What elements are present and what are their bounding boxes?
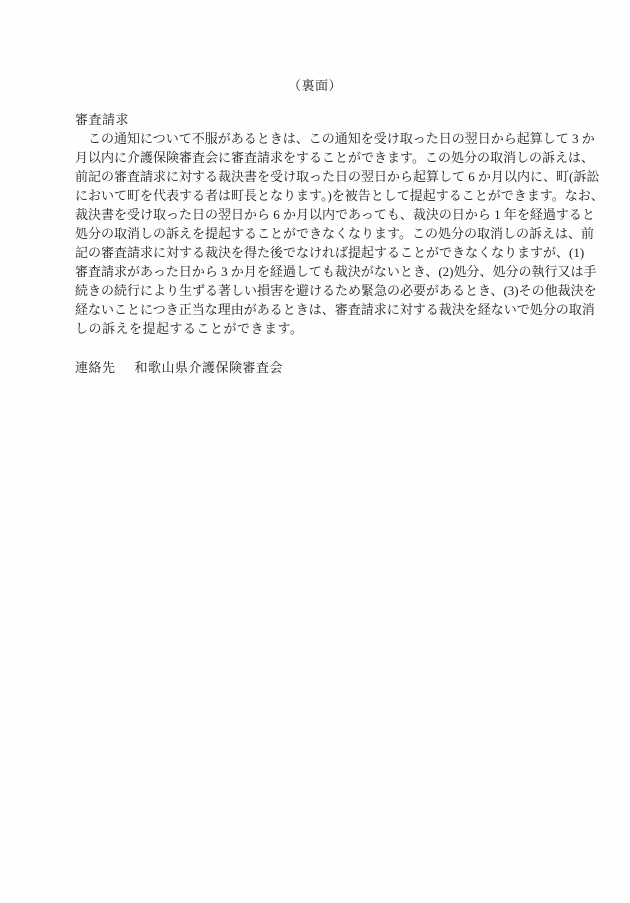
paragraph-line: 経ないことにつき正当な理由があるときは、審査請求に対する裁決を経ないで処分の取消	[75, 300, 558, 319]
section-title: 審査請求	[75, 110, 558, 129]
paragraph-line: において町を代表する者は町長となります。)を被告として提起することができます。な…	[75, 186, 558, 205]
paragraph-line: この通知について不服があるときは、この通知を受け取った日の翌日から起算して 3 …	[75, 129, 558, 148]
paragraph-line: 処分の取消しの訴えを提起することができなくなります。この処分の取消しの訴えは、前	[75, 224, 558, 243]
paragraph-line: 月以内に介護保険審査会に審査請求をすることができます。この処分の取消しの訴えは、	[75, 148, 558, 167]
paragraph-line: 続きの続行により生ずる著しい損害を避けるため緊急の必要があるとき、(3)その他裁…	[75, 281, 558, 300]
contact-value: 和歌山県介護保険審査会	[135, 360, 284, 375]
document-body: 審査請求 この通知について不服があるときは、この通知を受け取った日の翌日から起算…	[75, 110, 558, 377]
paragraph-line: 記の審査請求に対する裁決を得た後でなければ提起することができなくなりますが、(1…	[75, 243, 558, 262]
document-page: （裏面） 審査請求 この通知について不服があるときは、この通知を受け取った日の翌…	[0, 0, 630, 903]
paragraph-line: 裁決書を受け取った日の翌日から 6 か月以内であっても、裁決の日から 1 年を経…	[75, 205, 558, 224]
contact-line: 連絡先和歌山県介護保険審査会	[75, 358, 558, 377]
contact-label: 連絡先	[75, 360, 116, 375]
appeal-paragraph: この通知について不服があるときは、この通知を受け取った日の翌日から起算して 3 …	[75, 129, 558, 338]
paragraph-line: しの訴えを提起することができます。	[75, 319, 558, 338]
page-side-label: （裏面）	[0, 76, 630, 95]
paragraph-line: 審査請求があった日から 3 か月を経過しても裁決がないとき、(2)処分、処分の執…	[75, 262, 558, 281]
paragraph-line: 前記の審査請求に対する裁決書を受け取った日の翌日から起算して 6 か月以内に、町…	[75, 167, 558, 186]
